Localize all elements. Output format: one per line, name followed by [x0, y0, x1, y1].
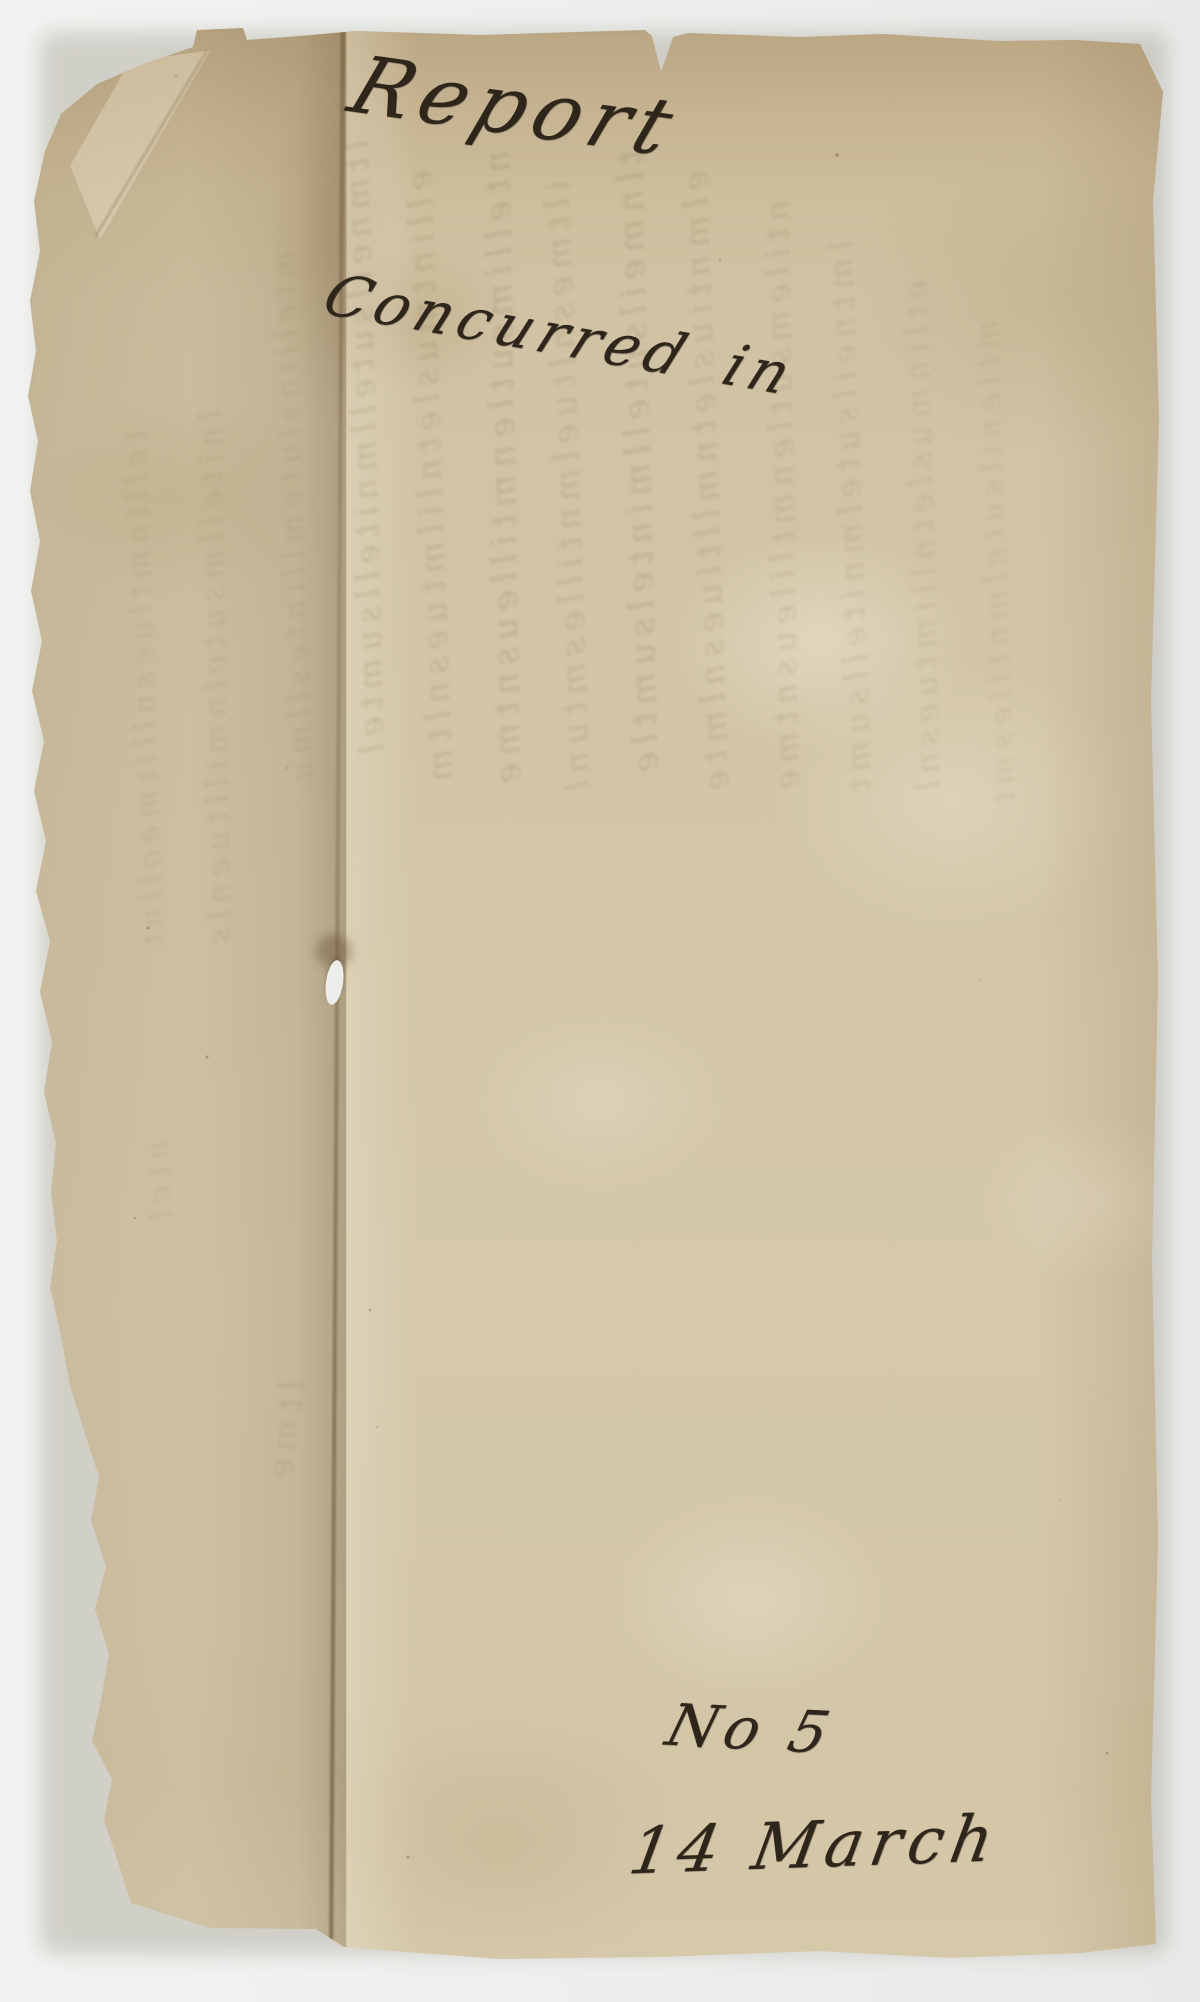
- bleed-through-column: tellinmtluesnllitmeollnt: [121, 430, 181, 1291]
- paper-mottling-texture: [0, 0, 1200, 2002]
- date-annotation: 14 March: [625, 1807, 1005, 1884]
- concurred-in-endorsement: Concurred in: [316, 266, 805, 403]
- bleed-through-column: ltmneilsutellmnitellsumtel: [340, 140, 405, 1380]
- bleed-through-patch: ltme: [260, 1378, 310, 1502]
- bleed-through-column: lmtneilsutelmnitellsumt: [824, 240, 894, 1291]
- crease-ridge-highlight: [347, 0, 417, 2002]
- foxing-speckles: [0, 0, 1200, 2002]
- edge-vignette: [0, 0, 1200, 2002]
- bleed-through-column: ntilemsutlenmtlileusntme: [760, 200, 813, 1340]
- bleed-through-patch: ntel: [144, 1139, 186, 1370]
- paper-hole-shadow: [316, 934, 352, 968]
- bleed-through-column: ntellimsutlenmtilleusntme: [481, 150, 538, 1420]
- vertical-fold-crease: [329, 0, 345, 2002]
- report-title-annotation: Report: [340, 46, 690, 168]
- bleed-through-column: mtlenilsutelmntilesmt: [972, 320, 1031, 1111]
- document-number-annotation: No 5: [661, 1696, 841, 1762]
- scanned-document-page: tellinmtluesnllitmeollnt lnitellmsutelnm…: [0, 0, 1200, 2002]
- bleed-through-column: tlnmeilsutellmintelsumtle: [613, 150, 681, 1420]
- bleed-through-column: mtellinslutemllintesllmu: [269, 250, 337, 1330]
- bleed-through-column: elmntiusletnmlltiuesnlmte: [679, 170, 756, 1400]
- bleed-through-column: etlinmusletnllimtuesnl: [899, 280, 956, 1241]
- manuscript-paper: tellinmtluesnllitmeollnt lnitellmsutelnm…: [0, 0, 1200, 2002]
- bleed-through-column: lnitellmsutelnmilltuenls: [196, 410, 243, 1330]
- paper-hole: [323, 959, 346, 1006]
- corner-fold-crease: [95, 50, 208, 236]
- bleed-through-column: iltmesnltuelmntillesmtunl: [540, 180, 617, 1420]
- bleed-through-column: ellintmusletnlilmtuesnltm: [403, 170, 480, 1390]
